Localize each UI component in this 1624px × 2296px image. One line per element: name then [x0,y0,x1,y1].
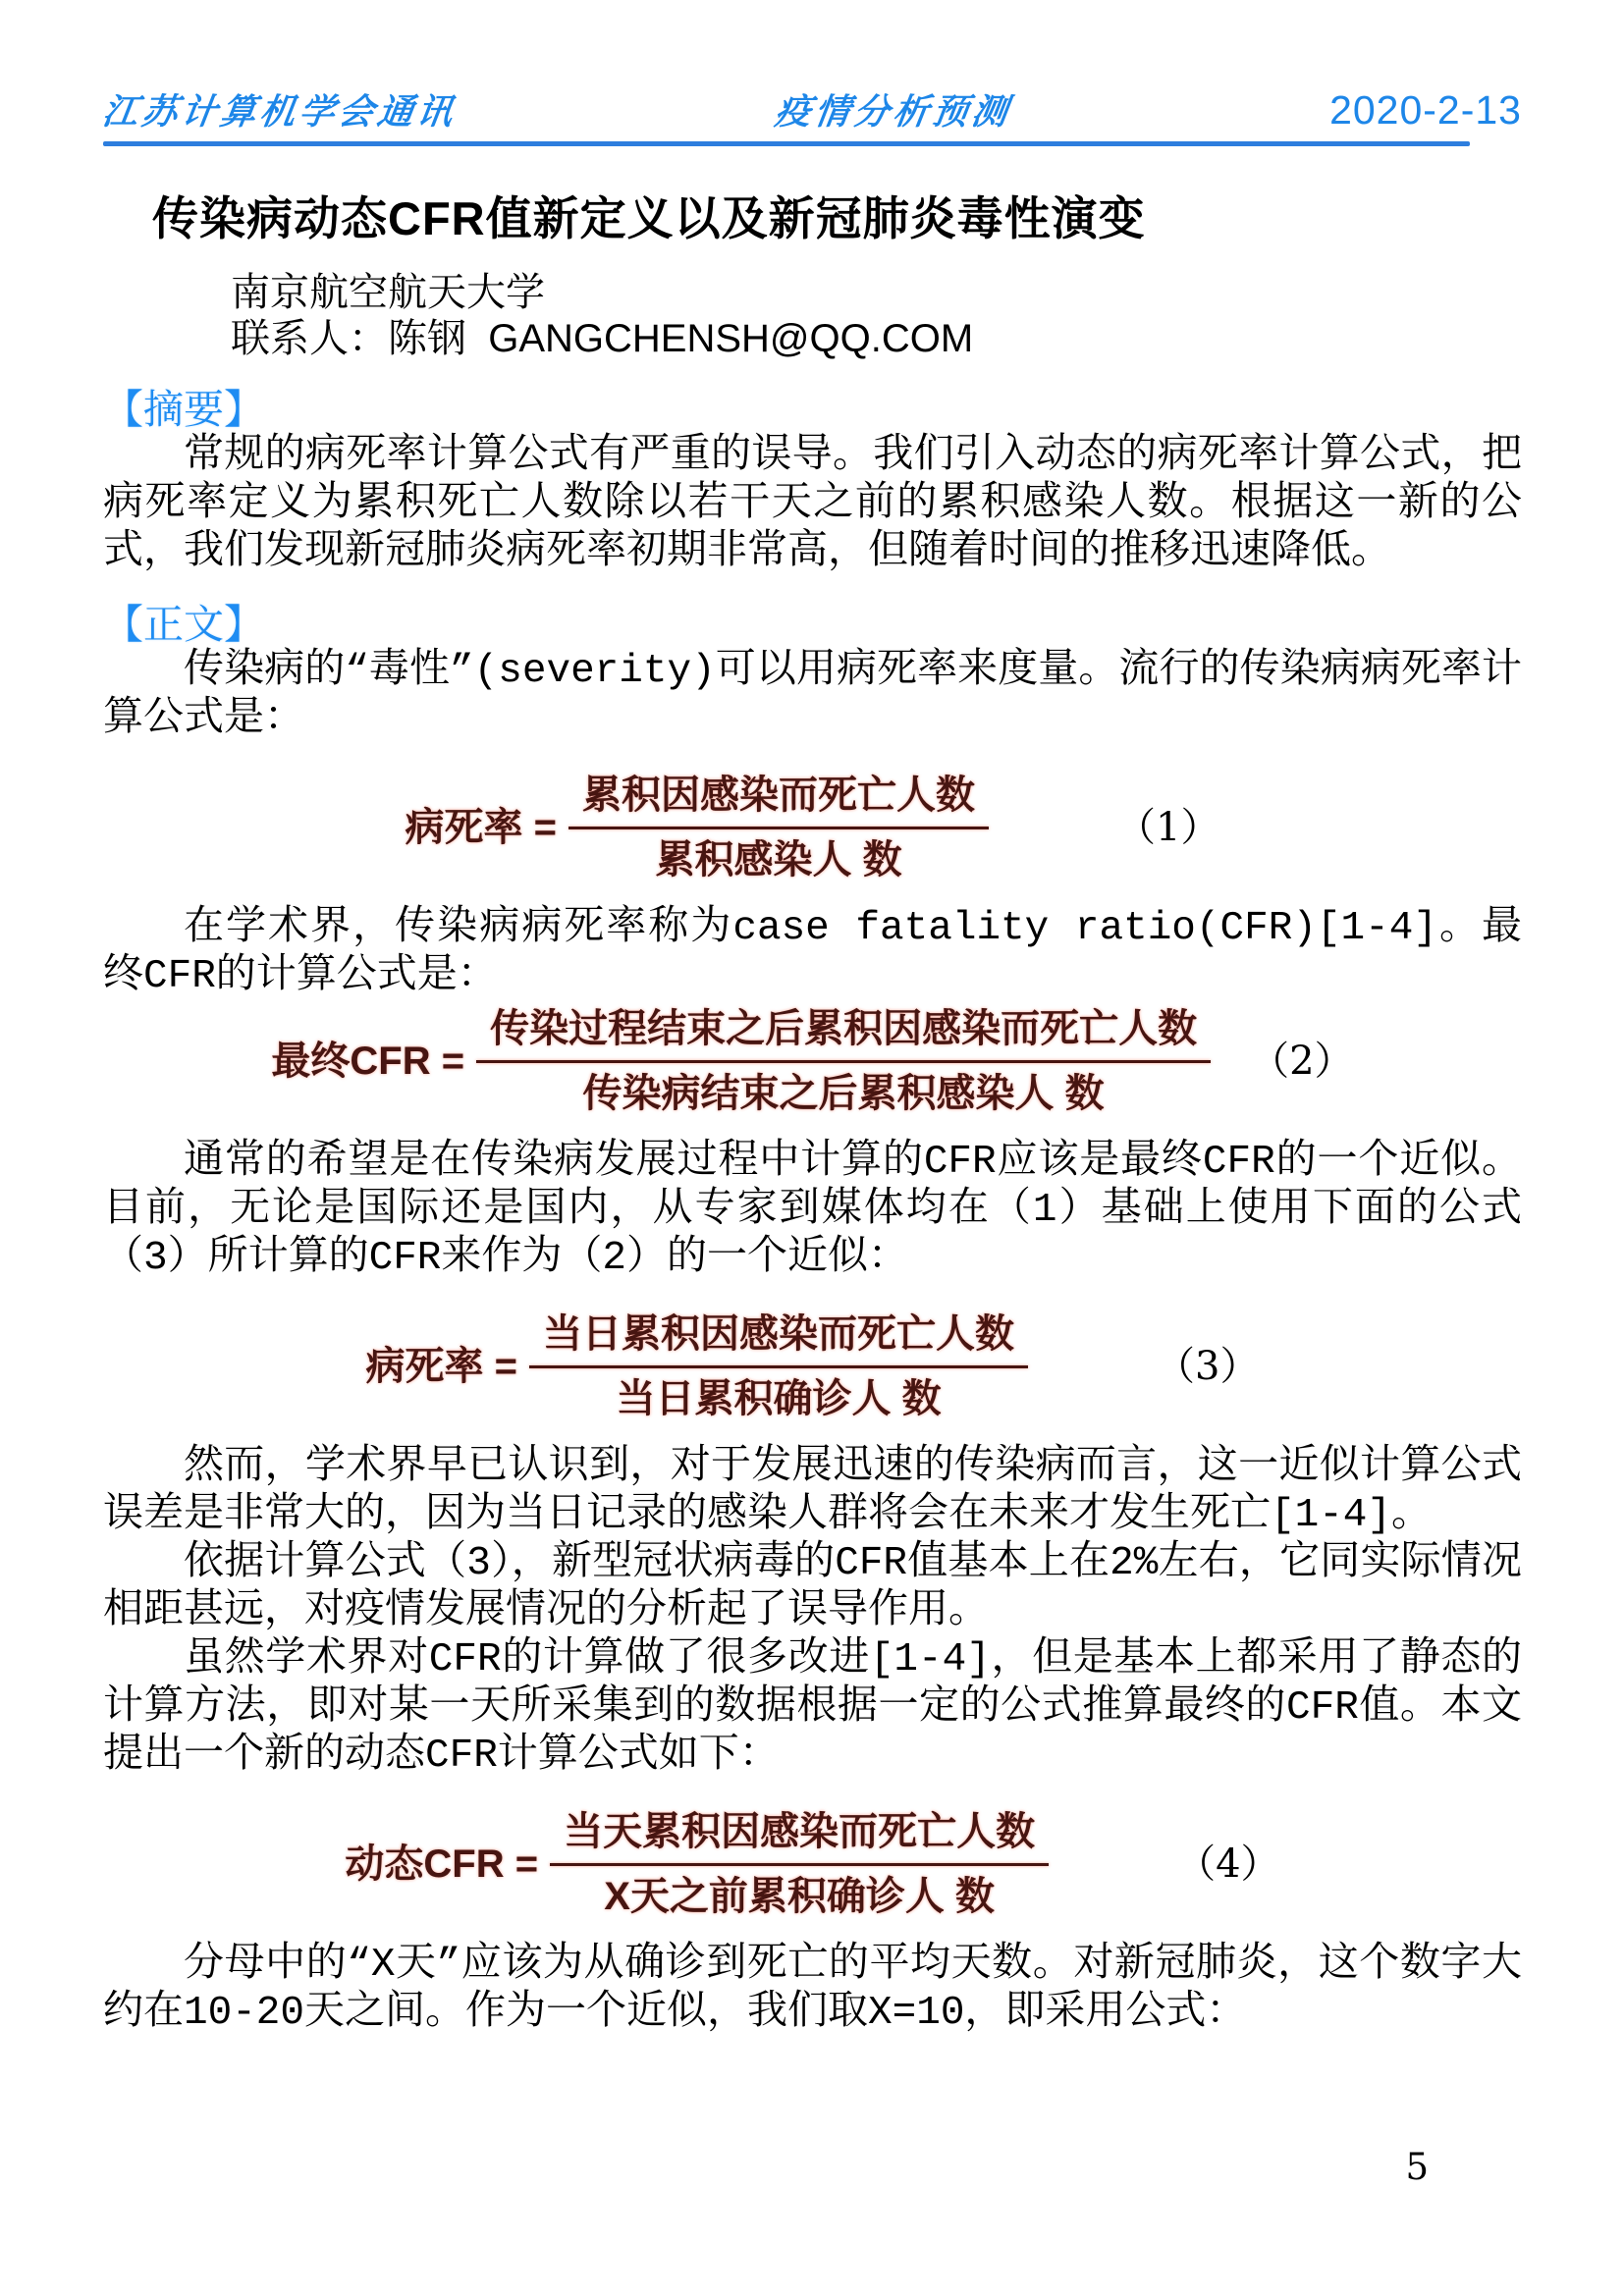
formula-3: 病死率 = 当日累积因感染而死亡人数 当日累积确诊人 数 （3） [103,1310,1522,1422]
formula-1-denominator: 累积感染人 数 [568,829,989,883]
page-header: 江苏计算机学会通讯 疫情分析预测 2020-2-13 [103,0,1522,134]
abstract-section-label: 【摘要】 [103,386,1522,433]
body-section-label: 【正文】 [103,601,1522,648]
formula-1-lhs: 病死率 = [406,804,557,851]
contact-line: 联系人：陈钢 GANGCHENSH@QQ.COM [231,316,1522,362]
formula-3-equation-number: （3） [1156,1343,1259,1390]
formula-1: 病死率 = 累积因感染而死亡人数 累积感染人 数 （1） [103,772,1522,883]
formula-2-numerator: 传染过程结束之后累积因感染而死亡人数 [476,1005,1211,1060]
formula-2-equation-number: （2） [1250,1038,1353,1085]
header-divider-rule [103,141,1470,146]
page-number: 5 [103,2146,1522,2188]
affiliation-line: 南京航空航天大学 [231,270,1522,316]
formula-3-lhs: 病死率 = [366,1343,517,1390]
paragraph-1: 传染病的“毒性”(severity)可以用病死率来度量。流行的传染病病死率计算公… [103,648,1522,744]
paragraph-7: 分母中的“X天”应该为从确诊到死亡的平均天数。对新冠肺炎，这个数字大约在10-2… [103,1942,1522,2038]
header-issue-date: 2020-2-13 [1329,87,1522,133]
paragraph-2: 在学术界，传染病病死率称为case fatality ratio(CFR)[1-… [103,905,1522,1001]
formula-2-denominator: 传染病结束之后累积感染人 数 [476,1063,1211,1117]
formula-4-equation-number: （4） [1176,1841,1279,1888]
paragraph-5: 依据计算公式（3），新型冠状病毒的CFR值基本上在2%左右，它同实际情况相距甚远… [103,1540,1522,1636]
header-society-name: 江苏计算机学会通讯 [99,84,460,134]
formula-3-denominator: 当日累积确诊人 数 [529,1368,1028,1422]
formula-2-lhs: 最终CFR = [271,1038,464,1085]
abstract-paragraph: 常规的病死率计算公式有严重的误导。我们引入动态的病死率计算公式，把病死率定义为累… [103,433,1522,577]
formula-4-numerator: 当天累积因感染而死亡人数 [550,1808,1049,1863]
formula-2: 最终CFR = 传染过程结束之后累积因感染而死亡人数 传染病结束之后累积感染人 … [103,1005,1522,1117]
formula-1-numerator: 累积因感染而死亡人数 [568,772,989,827]
formula-1-fraction: 累积因感染而死亡人数 累积感染人 数 [568,772,989,883]
formula-3-fraction: 当日累积因感染而死亡人数 当日累积确诊人 数 [529,1310,1028,1422]
formula-4: 动态CFR = 当天累积因感染而死亡人数 X天之前累积确诊人 数 （4） [103,1808,1522,1920]
header-column-name: 疫情分析预测 [772,84,1014,134]
formula-3-numerator: 当日累积因感染而死亡人数 [529,1310,1028,1365]
formula-4-denominator: X天之前累积确诊人 数 [550,1866,1049,1920]
paragraph-6: 虽然学术界对CFR的计算做了很多改进[1-4]，但是基本上都采用了静态的计算方法… [103,1636,1522,1781]
paragraph-4: 然而，学术界早已认识到，对于发展迅速的传染病而言，这一近似计算公式误差是非常大的… [103,1444,1522,1540]
formula-1-equation-number: （1） [1116,804,1219,851]
formula-2-fraction: 传染过程结束之后累积因感染而死亡人数 传染病结束之后累积感染人 数 [476,1005,1211,1117]
article-title: 传染病动态CFR值新定义以及新冠肺炎毒性演变 [152,191,1522,246]
byline-block: 南京航空航天大学 联系人：陈钢 GANGCHENSH@QQ.COM [231,270,1522,362]
paragraph-3: 通常的希望是在传染病发展过程中计算的CFR应该是最终CFR的一个近似。目前，无论… [103,1139,1522,1283]
formula-4-fraction: 当天累积因感染而死亡人数 X天之前累积确诊人 数 [550,1808,1049,1920]
document-page: 江苏计算机学会通讯 疫情分析预测 2020-2-13 传染病动态CFR值新定义以… [103,0,1522,2188]
formula-4-lhs: 动态CFR = [345,1841,538,1888]
